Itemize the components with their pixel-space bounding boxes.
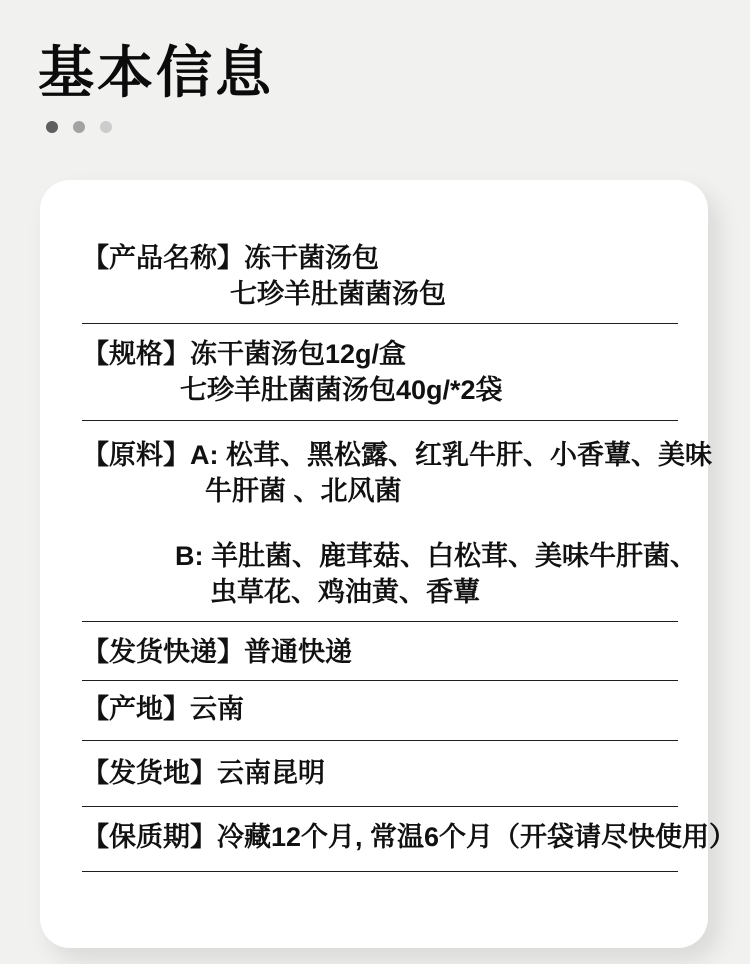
spec-line1: 【规格】冻干菌汤包12g/盒 bbox=[82, 336, 678, 372]
dot-medium bbox=[73, 121, 85, 133]
shipping-courier-text: 【发货快递】普通快递 bbox=[82, 634, 678, 670]
ship-from-text: 【发货地】云南昆明 bbox=[82, 755, 678, 791]
dot-light bbox=[100, 121, 112, 133]
row-shelf-life: 【保质期】冷藏12个月, 常温6个月（开袋请尽快使用） bbox=[82, 807, 678, 872]
product-basic-info-section: 基本信息 【产品名称】冻干菌汤包 七珍羊肚菌菌汤包 【规格】冻干菌汤包12g/盒… bbox=[0, 0, 750, 964]
product-name-line1: 【产品名称】冻干菌汤包 bbox=[82, 240, 678, 276]
spec-line2: 七珍羊肚菌菌汤包40g/*2袋 bbox=[82, 372, 678, 408]
ingredients-b-line2: 虫草花、鸡油黄、香蕈 bbox=[82, 574, 678, 610]
info-card: 【产品名称】冻干菌汤包 七珍羊肚菌菌汤包 【规格】冻干菌汤包12g/盒 七珍羊肚… bbox=[40, 180, 708, 948]
ingredients-a-line1: 【原料】A: 松茸、黑松露、红乳牛肝、小香蕈、美味 bbox=[82, 437, 678, 473]
row-spec: 【规格】冻干菌汤包12g/盒 七珍羊肚菌菌汤包40g/*2袋 bbox=[82, 324, 678, 421]
row-ingredients: 【原料】A: 松茸、黑松露、红乳牛肝、小香蕈、美味 牛肝菌 、北风菌 B: 羊肚… bbox=[82, 421, 678, 622]
ingredients-a-line2: 牛肝菌 、北风菌 bbox=[82, 473, 678, 509]
row-ship-from: 【发货地】云南昆明 bbox=[82, 741, 678, 807]
row-shipping-courier: 【发货快递】普通快递 bbox=[82, 622, 678, 681]
ingredients-b-line1: B: 羊肚菌、鹿茸菇、白松茸、美味牛肝菌、 bbox=[82, 538, 678, 574]
title-decoration-dots bbox=[46, 121, 112, 133]
ingredients-group-b: B: 羊肚菌、鹿茸菇、白松茸、美味牛肝菌、 虫草花、鸡油黄、香蕈 bbox=[82, 538, 678, 610]
page-title: 基本信息 bbox=[38, 42, 274, 104]
row-origin: 【产地】云南 bbox=[82, 681, 678, 741]
ingredients-group-a: 【原料】A: 松茸、黑松露、红乳牛肝、小香蕈、美味 牛肝菌 、北风菌 bbox=[82, 437, 678, 509]
product-name-line2: 七珍羊肚菌菌汤包 bbox=[82, 276, 678, 312]
dot-dark bbox=[46, 121, 58, 133]
shelf-life-text: 【保质期】冷藏12个月, 常温6个月（开袋请尽快使用） bbox=[82, 819, 678, 855]
origin-text: 【产地】云南 bbox=[82, 691, 678, 727]
row-product-name: 【产品名称】冻干菌汤包 七珍羊肚菌菌汤包 bbox=[82, 240, 678, 324]
